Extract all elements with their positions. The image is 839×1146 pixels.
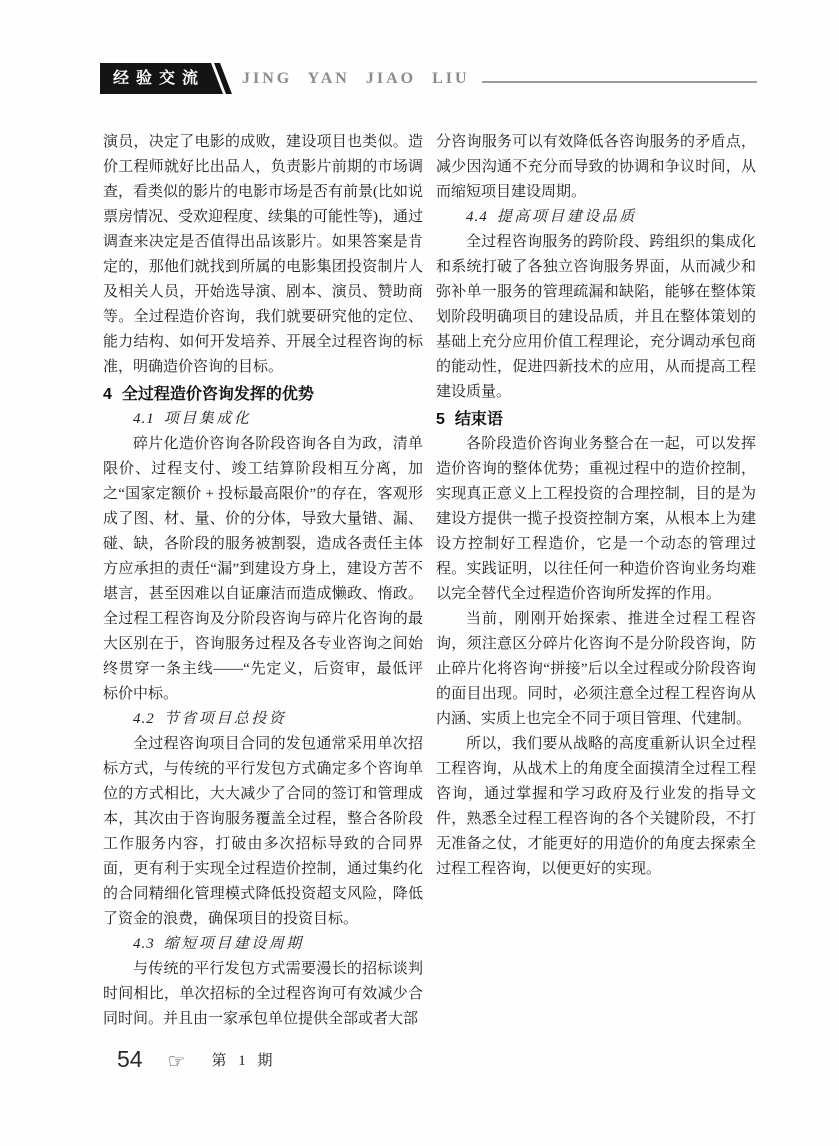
section-heading: 4全过程造价咨询发挥的优势 [103, 382, 423, 407]
article-body: 演员，决定了电影的成败，建设项目也类似。造价工程师就好比出品人，负责影片前期的市… [103, 130, 756, 1032]
sub-section-heading: 4.4提高项目建设品质 [436, 205, 756, 230]
section-label: 经验交流 [113, 70, 205, 87]
heading-text: 缩短项目建设周期 [164, 936, 304, 952]
paragraph: 与传统的平行发包方式需要漫长的招标谈判时间相比，单次招标的全过程咨询可有效减少合… [103, 957, 423, 1032]
sub-section-heading: 4.1项目集成化 [103, 407, 423, 432]
heading-number: 4.2 [133, 711, 155, 727]
issue-label: 第 1 期 [212, 1049, 277, 1070]
section-heading: 5结束语 [436, 407, 756, 432]
paragraph: 碎片化造价咨询各阶段咨询各自为政，清单限价、过程支付、竣工结算阶段相互分离，加之… [103, 432, 423, 707]
section-label-flag: 经验交流 [100, 63, 223, 94]
heading-number: 4.3 [133, 936, 155, 952]
sub-section-heading: 4.3缩短项目建设周期 [103, 932, 423, 957]
paragraph: 演员，决定了电影的成败，建设项目也类似。造价工程师就好比出品人，负责影片前期的市… [103, 130, 423, 380]
paragraph: 全过程咨询服务的跨阶段、跨组织的集成化和系统打破了各独立咨询服务界面，从而减少和… [436, 230, 756, 405]
page-number: 54 [117, 1046, 143, 1073]
page-header: 经验交流 JING YAN JIAO LIU [100, 63, 757, 94]
heading-number: 4.4 [466, 209, 488, 225]
sub-section-heading: 4.2节省项目总投资 [103, 707, 423, 732]
paragraph: 当前，刚刚开始探索、推进全过程工程咨询，须注意区分碎片化咨询不是分阶段咨询，防止… [436, 607, 756, 732]
heading-text: 提高项目建设品质 [497, 209, 637, 225]
pointing-hand-icon: ☞ [168, 1049, 186, 1073]
heading-text: 结束语 [455, 411, 503, 428]
heading-number: 5 [436, 411, 445, 428]
heading-number: 4 [103, 386, 112, 403]
right-column: 分咨询服务可以有效降低各咨询服务的矛盾点，减少因沟通不充分而导致的协调和争议时间… [436, 130, 756, 1032]
heading-text: 项目集成化 [164, 411, 252, 427]
page-footer: 54 ☞ 第 1 期 [117, 1046, 277, 1073]
heading-text: 全过程造价咨询发挥的优势 [122, 386, 314, 403]
heading-text: 节省项目总投资 [164, 711, 287, 727]
paragraph: 全过程咨询项目合同的发包通常采用单次招标方式，与传统的平行发包方式确定多个咨询单… [103, 732, 423, 932]
left-column: 演员，决定了电影的成败，建设项目也类似。造价工程师就好比出品人，负责影片前期的市… [103, 130, 423, 1032]
section-label-pinyin: JING YAN JIAO LIU [242, 70, 470, 88]
header-rule [482, 81, 757, 83]
paragraph: 各阶段造价咨询业务整合在一起，可以发挥造价咨询的整体优势；重视过程中的造价控制，… [436, 432, 756, 607]
paragraph: 分咨询服务可以有效降低各咨询服务的矛盾点，减少因沟通不充分而导致的协调和争议时间… [436, 130, 756, 205]
journal-page: 经验交流 JING YAN JIAO LIU 演员，决定了电影的成败，建设项目也… [0, 0, 839, 1146]
heading-number: 4.1 [133, 411, 155, 427]
paragraph: 所以，我们要从战略的高度重新认识全过程工程咨询，从战术上的角度全面摸清全过程工程… [436, 732, 756, 882]
